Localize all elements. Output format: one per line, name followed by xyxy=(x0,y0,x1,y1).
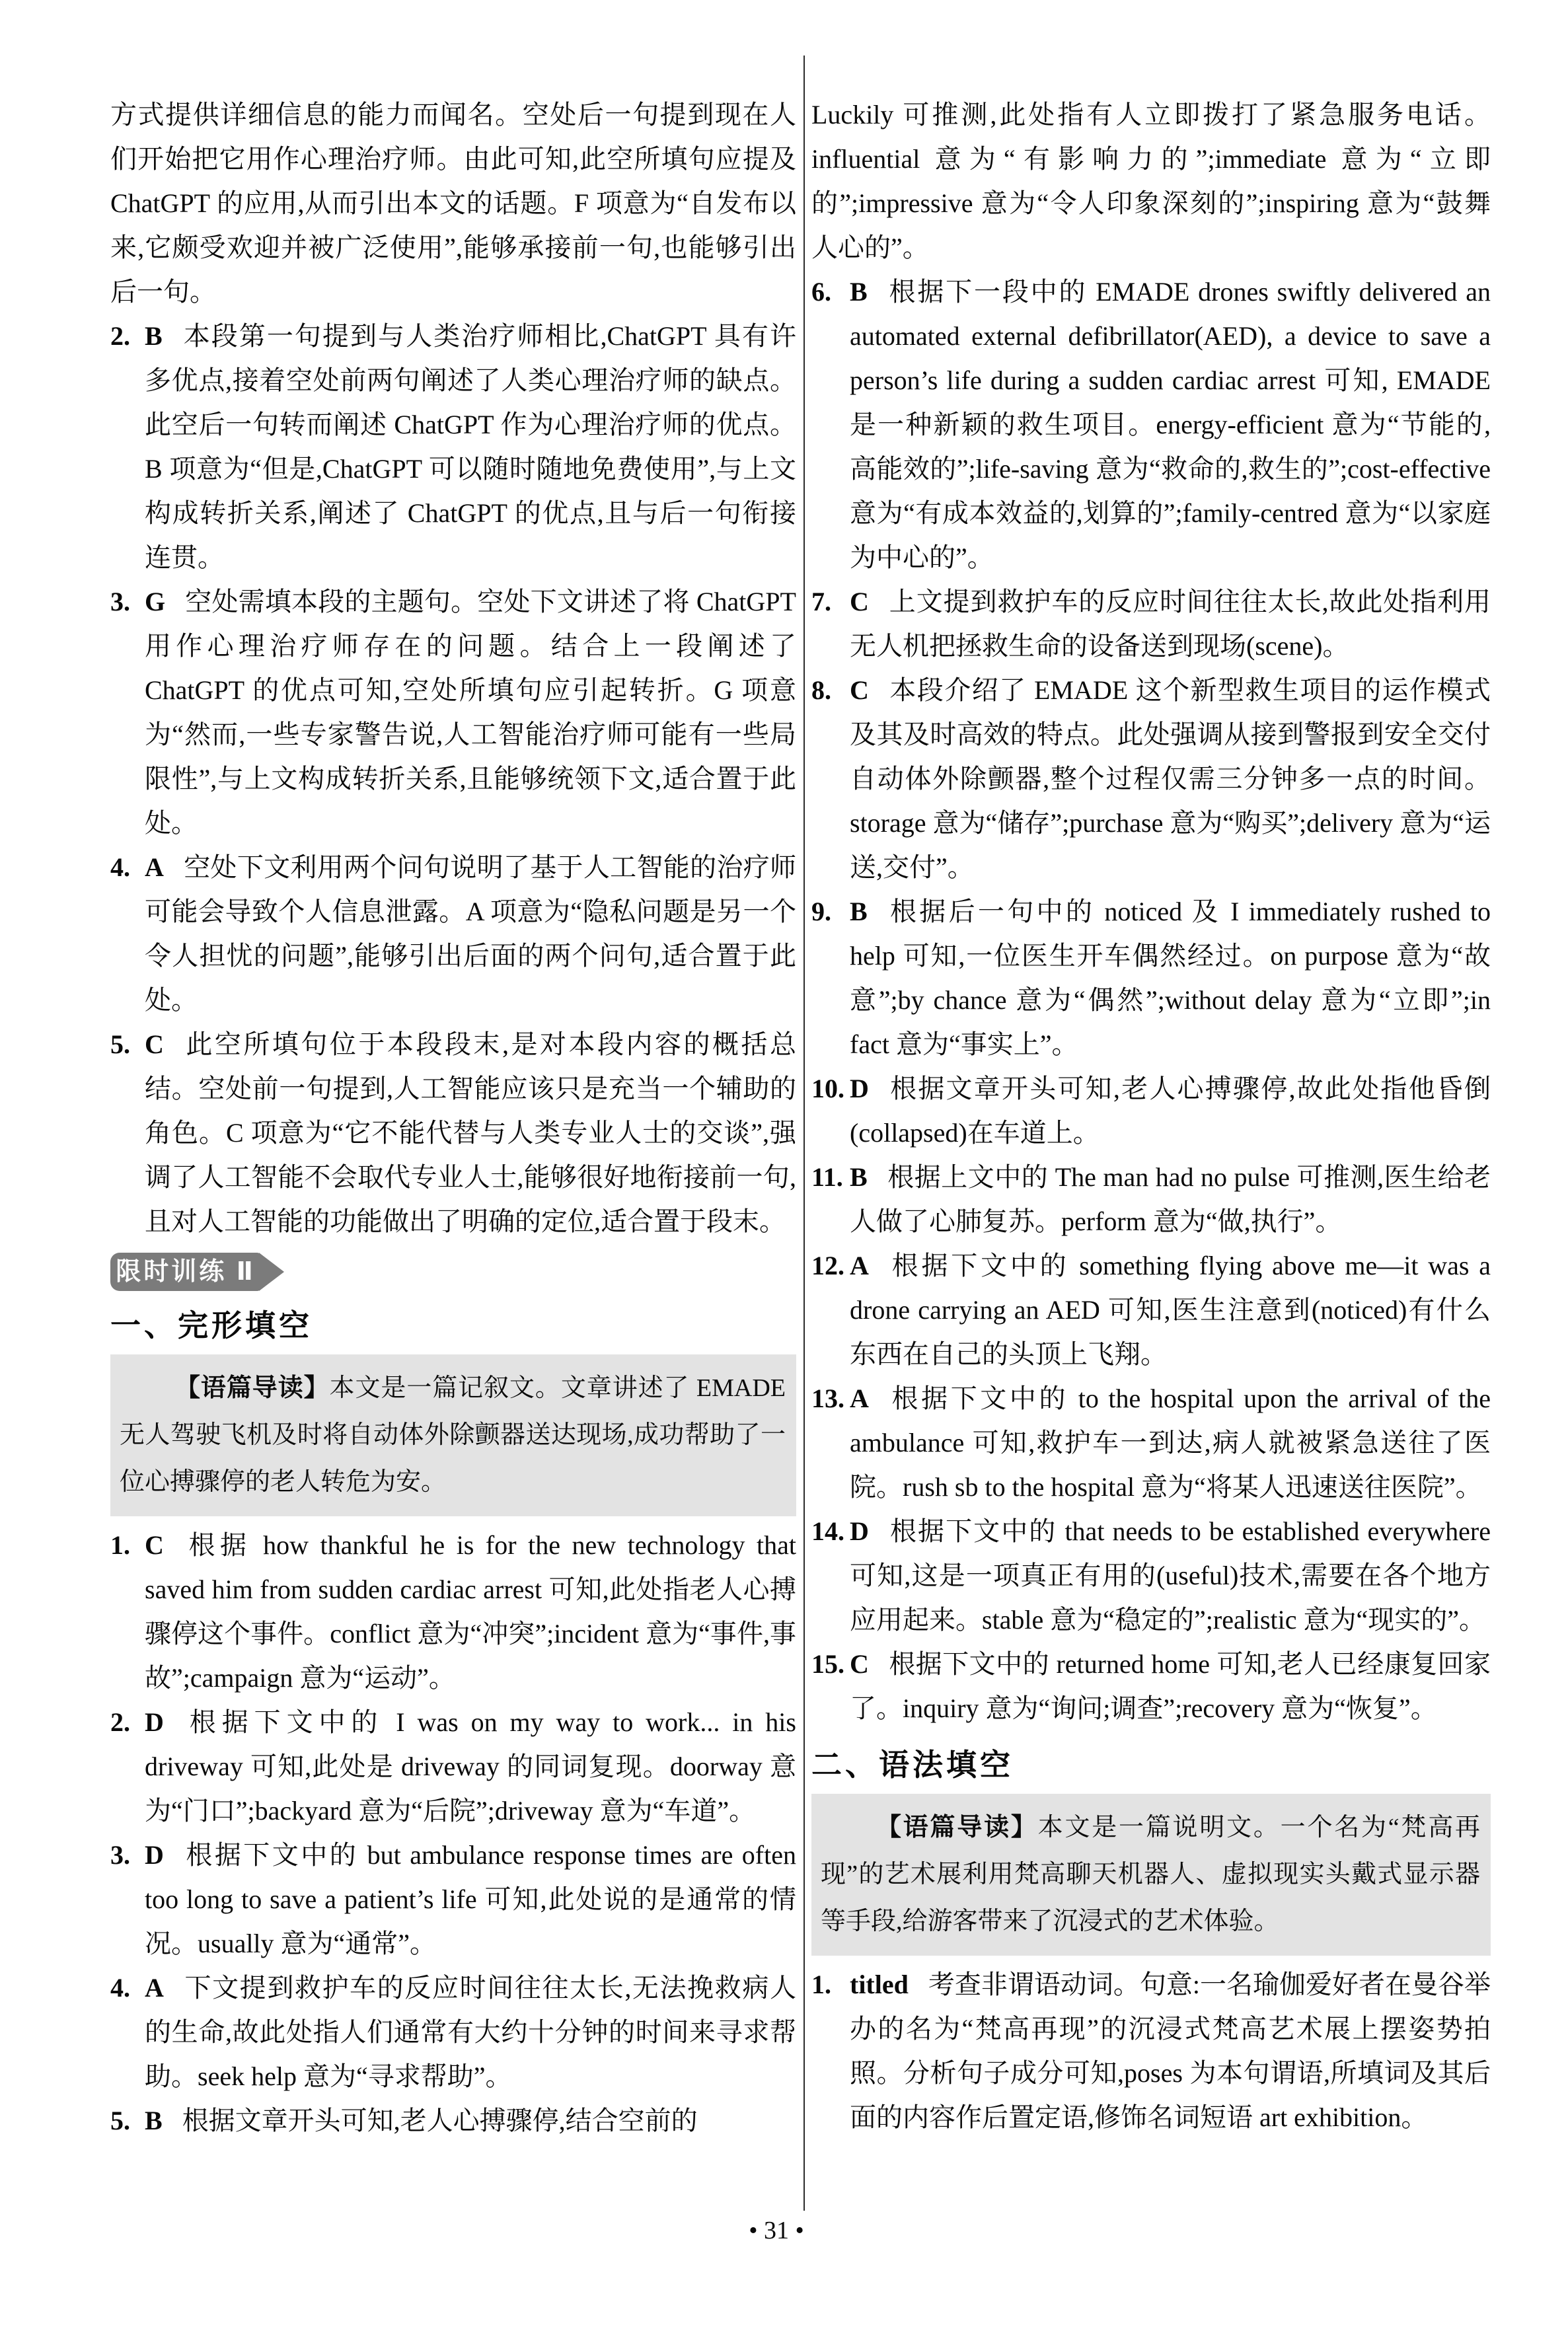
item-text: 根据文章开头可知,老人心搏骤停,结合空前的 xyxy=(182,2106,698,2135)
item-number: 4. xyxy=(110,1966,130,2010)
item-text: 根据下文中的 I was on my way to work... in his… xyxy=(145,1707,796,1826)
column-divider xyxy=(803,55,805,2211)
answer-item-cloze-15: 15.C根据下文中的 returned home 可知,老人已经康复回家了。in… xyxy=(811,1642,1491,1730)
item-text: 根据下文中的 that needs to be established ever… xyxy=(850,1516,1491,1635)
answer-item-3: 3.G空处需填本段的主题句。空处下文讲述了将 ChatGPT 用作心理治疗师存在… xyxy=(110,579,796,845)
item-number: 1. xyxy=(110,1523,130,1567)
answer-letter: C xyxy=(145,1029,164,1059)
item-text: 此空所填句位于本段段末,是对本段内容的概括总结。空处前一句提到,人工智能应该只是… xyxy=(145,1029,796,1236)
item-number: 14. xyxy=(811,1509,844,1553)
item-text: 本段介绍了 EMADE 这个新型救生项目的运作模式及其及时高效的特点。此处强调从… xyxy=(850,675,1491,882)
answer-item-cloze-13: 13.A根据下文中的 to the hospital upon the arri… xyxy=(811,1376,1491,1509)
answer-letter: D xyxy=(145,1840,164,1870)
answer-item-cloze-11: 11.B根据上文中的 The man had no pulse 可推测,医生给老… xyxy=(811,1155,1491,1243)
item-text: 空处需填本段的主题句。空处下文讲述了将 ChatGPT 用作心理治疗师存在的问题… xyxy=(145,587,796,838)
item-number: 3. xyxy=(110,579,130,624)
passage-intro-box-grammar: 【语篇导读】本文是一篇说明文。一个名为“梵高再现”的艺术展利用梵高聊天机器人、虚… xyxy=(811,1794,1491,1956)
item-number: 10. xyxy=(811,1066,844,1111)
answer-letter: A xyxy=(145,852,164,882)
item-number: 3. xyxy=(110,1833,130,1877)
answer-item-cloze-2: 2.D根据下文中的 I was on my way to work... in … xyxy=(110,1700,796,1833)
answer-letter: G xyxy=(145,587,165,616)
answer-item-cloze-9: 9.B根据后一句中的 noticed 及 I immediately rushe… xyxy=(811,889,1491,1066)
item-text: 根据后一句中的 noticed 及 I immediately rushed t… xyxy=(850,897,1491,1059)
item-number: 15. xyxy=(811,1642,844,1686)
answer-letter: A xyxy=(850,1384,869,1413)
item-number: 6. xyxy=(811,270,831,314)
continuation-paragraph: Luckily 可推测,此处指有人立即拨打了紧急服务电话。influential… xyxy=(811,92,1491,270)
section-header-cloze: 一、完形填空 xyxy=(110,1306,796,1345)
answer-letter: B xyxy=(850,1162,868,1192)
answer-word: titled xyxy=(850,1970,909,1999)
answer-item-cloze-3: 3.D根据下文中的 but ambulance response times a… xyxy=(110,1833,796,1966)
answer-letter: D xyxy=(850,1516,869,1546)
item-number: 5. xyxy=(110,1022,130,1066)
continuation-paragraph: 方式提供详细信息的能力而闻名。空处后一句提到现在人们开始把它用作心理治疗师。由此… xyxy=(110,92,796,314)
item-text: 本段第一句提到与人类治疗师相比,ChatGPT 具有许多优点,接着空处前两句阐述… xyxy=(145,321,796,572)
answer-item-cloze-12: 12.A根据下文中的 something flying above me—it … xyxy=(811,1243,1491,1376)
answer-letter: A xyxy=(145,1973,164,2003)
item-text: 根据上文中的 The man had no pulse 可推测,医生给老人做了心… xyxy=(850,1162,1491,1236)
answer-letter: C xyxy=(850,587,869,616)
answer-item-2: 2.B本段第一句提到与人类治疗师相比,ChatGPT 具有许多优点,接着空处前两… xyxy=(110,314,796,579)
item-text: 根据下一段中的 EMADE drones swiftly delivered a… xyxy=(850,277,1491,572)
item-number: 9. xyxy=(811,889,831,934)
item-number: 8. xyxy=(811,668,831,712)
answer-letter: B xyxy=(145,321,163,351)
item-text: 根据 how thankful he is for the new techno… xyxy=(145,1530,796,1693)
item-number: 1. xyxy=(811,1962,831,2007)
timed-training-badge-label: 限时训练 Ⅱ xyxy=(116,1250,256,1294)
answer-item-cloze-10: 10.D根据文章开头可知,老人心搏骤停,故此处指他昏倒(collapsed)在车… xyxy=(811,1066,1491,1155)
item-text: 根据下文中的 to the hospital upon the arrival … xyxy=(850,1384,1491,1502)
item-text: 上文提到救护车的反应时间往往太长,故此处指利用无人机把拯救生命的设备送到现场(s… xyxy=(850,587,1491,661)
item-text: 考查非谓语动词。句意:一名瑜伽爱好者在曼谷举办的名为“梵高再现”的沉浸式梵高艺术… xyxy=(850,1970,1491,2132)
answer-letter: C xyxy=(145,1530,164,1560)
item-text: 根据下文中的 but ambulance response times are … xyxy=(145,1840,796,1958)
answer-letter: A xyxy=(850,1251,869,1280)
answer-item-cloze-4: 4.A下文提到救护车的反应时间往往太长,无法挽救病人的生命,故此处指人们通常有大… xyxy=(110,1966,796,2098)
answer-item-cloze-6: 6.B根据下一段中的 EMADE drones swiftly delivere… xyxy=(811,270,1491,579)
item-number: 2. xyxy=(110,314,130,358)
item-number: 12. xyxy=(811,1243,844,1288)
intro-label: 【语篇导读】 xyxy=(175,1374,330,1402)
answer-item-grammar-1: 1.titled考查非谓语动词。句意:一名瑜伽爱好者在曼谷举办的名为“梵高再现”… xyxy=(811,1962,1491,2139)
item-number: 4. xyxy=(110,845,130,889)
answer-item-4: 4.A空处下文利用两个问句说明了基于人工智能的治疗师可能会导致个人信息泄露。A … xyxy=(110,845,796,1022)
answer-key-page: 方式提供详细信息的能力而闻名。空处后一句提到现在人们开始把它用作心理治疗师。由此… xyxy=(0,0,1568,2325)
item-number: 13. xyxy=(811,1376,844,1421)
item-number: 11. xyxy=(811,1155,843,1199)
item-number: 2. xyxy=(110,1700,130,1744)
item-text: 根据下文中的 returned home 可知,老人已经康复回家了。inquir… xyxy=(850,1649,1491,1723)
answer-item-cloze-8: 8.C本段介绍了 EMADE 这个新型救生项目的运作模式及其及时高效的特点。此处… xyxy=(811,668,1491,889)
item-text: 根据下文中的 something flying above me—it was … xyxy=(850,1251,1491,1369)
item-number: 7. xyxy=(811,579,831,624)
left-column: 方式提供详细信息的能力而闻名。空处后一句提到现在人们开始把它用作心理治疗师。由此… xyxy=(110,92,796,2143)
answer-letter: D xyxy=(850,1074,869,1103)
answer-letter: D xyxy=(145,1707,164,1737)
answer-item-cloze-1: 1.C根据 how thankful he is for the new tec… xyxy=(110,1523,796,1700)
answer-item-cloze-7: 7.C上文提到救护车的反应时间往往太长,故此处指利用无人机把拯救生命的设备送到现… xyxy=(811,579,1491,668)
answer-letter: B xyxy=(850,897,868,926)
answer-item-5: 5.C此空所填句位于本段段末,是对本段内容的概括总结。空处前一句提到,人工智能应… xyxy=(110,1022,796,1243)
answer-letter: B xyxy=(145,2106,163,2135)
answer-item-cloze-14: 14.D根据下文中的 that needs to be established … xyxy=(811,1509,1491,1642)
answer-letter: C xyxy=(850,675,869,705)
answer-letter: B xyxy=(850,277,868,307)
timed-training-badge: 限时训练 Ⅱ xyxy=(110,1253,261,1291)
item-text: 下文提到救护车的反应时间往往太长,无法挽救病人的生命,故此处指人们通常有大约十分… xyxy=(145,1973,796,2091)
page-number: • 31 • xyxy=(677,2215,876,2246)
item-text: 空处下文利用两个问句说明了基于人工智能的治疗师可能会导致个人信息泄露。A 项意为… xyxy=(145,852,796,1015)
item-number: 5. xyxy=(110,2098,130,2143)
answer-letter: C xyxy=(850,1649,869,1679)
intro-label: 【语篇导读】 xyxy=(876,1814,1038,1841)
section-header-grammar: 二、语法填空 xyxy=(811,1745,1491,1785)
answer-item-cloze-5: 5.B根据文章开头可知,老人心搏骤停,结合空前的 xyxy=(110,2098,796,2143)
passage-intro-box-cloze: 【语篇导读】本文是一篇记叙文。文章讲述了 EMADE 无人驾驶飞机及时将自动体外… xyxy=(110,1354,796,1516)
item-text: 根据文章开头可知,老人心搏骤停,故此处指他昏倒(collapsed)在车道上。 xyxy=(850,1074,1491,1148)
right-column: Luckily 可推测,此处指有人立即拨打了紧急服务电话。influential… xyxy=(811,92,1491,2139)
